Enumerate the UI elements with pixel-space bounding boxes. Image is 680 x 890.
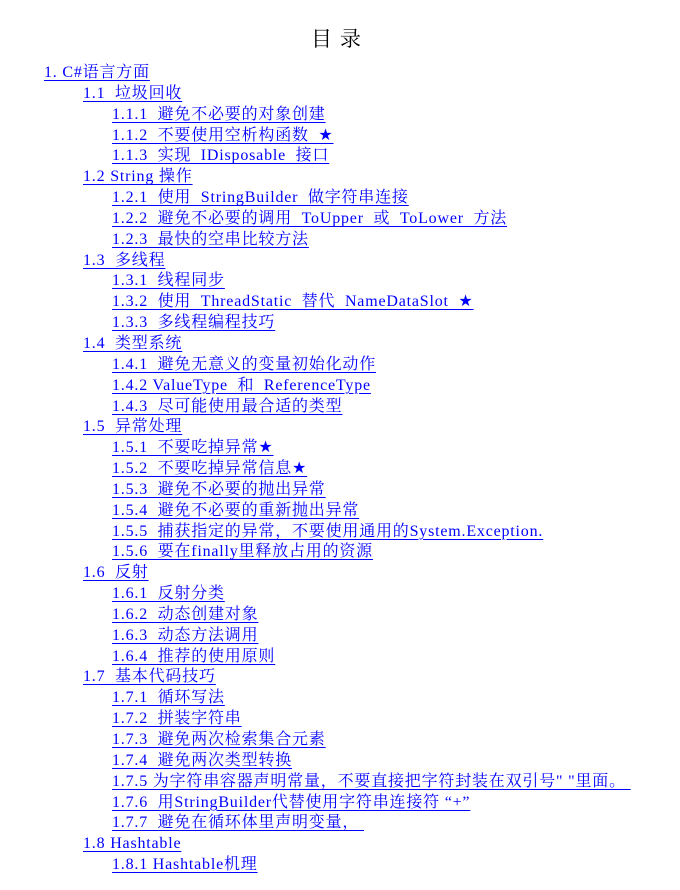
toc-entry[interactable]: 1.4.3 尽可能使用最合适的类型 (0, 397, 680, 418)
toc-entry[interactable]: 1.7 基本代码技巧 (0, 667, 680, 688)
toc-entry[interactable]: 1.2.3 最快的空串比较方法 (0, 230, 680, 251)
toc-entry[interactable]: 1.7.6 用StringBuilder代替使用字符串连接符 “+” (0, 793, 680, 814)
toc-entry[interactable]: 1.6.1 反射分类 (0, 584, 680, 605)
page-title: 目录 (0, 0, 680, 51)
toc-entry[interactable]: 1.2 String 操作 (0, 167, 680, 188)
toc-entry[interactable]: 1.2.2 避免不必要的调用 ToUpper 或 ToLower 方法 (0, 209, 680, 230)
toc-entry[interactable]: 1.6.2 动态创建对象 (0, 605, 680, 626)
toc-entry[interactable]: 1.3.2 使用 ThreadStatic 替代 NameDataSlot ★ (0, 292, 680, 313)
toc-page: 目录 1. C#语言方面1.1 垃圾回收1.1.1 避免不必要的对象创建1.1.… (0, 0, 680, 890)
toc-entry[interactable]: 1.1 垃圾回收 (0, 84, 680, 105)
toc-entry[interactable]: 1.5.5 捕获指定的异常，不要使用通用的System.Exception. (0, 522, 680, 543)
toc-entry[interactable]: 1.3.1 线程同步 (0, 271, 680, 292)
toc-entry[interactable]: 1.5.2 不要吃掉异常信息★ (0, 459, 680, 480)
toc-entry[interactable]: 1.8 Hashtable (0, 834, 680, 855)
toc-entry[interactable]: 1.7.1 循环写法 (0, 688, 680, 709)
toc-entry[interactable]: 1.2.1 使用 StringBuilder 做字符串连接 (0, 188, 680, 209)
toc-entry[interactable]: 1.1.1 避免不必要的对象创建 (0, 105, 680, 126)
toc-entry[interactable]: 1.3 多线程 (0, 251, 680, 272)
toc-entry[interactable]: 1.7.3 避免两次检索集合元素 (0, 730, 680, 751)
toc-entry[interactable]: 1.6.4 推荐的使用原则 (0, 647, 680, 668)
toc-list: 1. C#语言方面1.1 垃圾回收1.1.1 避免不必要的对象创建1.1.2 不… (0, 63, 680, 876)
toc-entry[interactable]: 1.4.2 ValueType 和 ReferenceType (0, 376, 680, 397)
toc-entry[interactable]: 1.4 类型系统 (0, 334, 680, 355)
toc-entry[interactable]: 1.1.2 不要使用空析构函数 ★ (0, 126, 680, 147)
toc-entry[interactable]: 1.4.1 避免无意义的变量初始化动作 (0, 355, 680, 376)
toc-entry[interactable]: 1.7.5 为字符串容器声明常量，不要直接把字符封装在双引号" "里面。 (0, 772, 680, 793)
toc-entry[interactable]: 1.7.7 避免在循环体里声明变量， (0, 813, 680, 834)
toc-entry[interactable]: 1.5.4 避免不必要的重新抛出异常 (0, 501, 680, 522)
toc-entry[interactable]: 1.1.3 实现 IDisposable 接口 (0, 146, 680, 167)
toc-entry[interactable]: 1.7.2 拼装字符串 (0, 709, 680, 730)
toc-entry[interactable]: 1.6 反射 (0, 563, 680, 584)
toc-entry[interactable]: 1. C#语言方面 (0, 63, 680, 84)
toc-entry[interactable]: 1.5.1 不要吃掉异常★ (0, 438, 680, 459)
toc-entry[interactable]: 1.5.3 避免不必要的抛出异常 (0, 480, 680, 501)
toc-entry[interactable]: 1.6.3 动态方法调用 (0, 626, 680, 647)
toc-entry[interactable]: 1.5.6 要在finally里释放占用的资源 (0, 542, 680, 563)
toc-entry[interactable]: 1.3.3 多线程编程技巧 (0, 313, 680, 334)
toc-entry[interactable]: 1.5 异常处理 (0, 417, 680, 438)
toc-entry[interactable]: 1.8.1 Hashtable机理 (0, 855, 680, 876)
toc-entry[interactable]: 1.7.4 避免两次类型转换 (0, 751, 680, 772)
